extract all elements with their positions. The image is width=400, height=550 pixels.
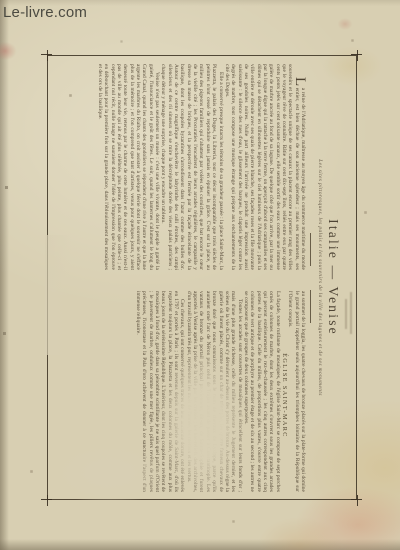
scan-specks xyxy=(0,0,1,1)
right-column-paragraph-1: La façade, toute rutilante de mosaïques,… xyxy=(243,291,281,492)
left-text-column: La reine de l'Adriatique, maîtresse au m… xyxy=(58,64,306,270)
corner-tick xyxy=(351,54,362,55)
corner-tick xyxy=(41,499,52,500)
corner-tick xyxy=(357,50,358,61)
corner-tick xyxy=(357,495,358,506)
corner-tick xyxy=(351,499,362,500)
handwritten-annotation xyxy=(341,292,353,338)
title-ornament-rules xyxy=(311,55,312,500)
right-column-paragraph-2: Toutes les arcades sont couvertes de mos… xyxy=(185,291,242,492)
right-text-column: au sommet de la loggia, les quatre cheva… xyxy=(58,291,306,492)
corner-tick xyxy=(47,50,48,61)
page-title: Italie — Venise xyxy=(325,55,341,500)
watermark-text: Le-livre.com xyxy=(3,4,87,21)
right-column-intro-paragraph: au sommet de la loggia, les quatre cheva… xyxy=(287,291,306,492)
scanned-book-page: Le-livre.com Italie — Venise Les sites p… xyxy=(0,0,400,550)
right-column-paragraph-3: Ces chevaux, qui ont conservé quelques t… xyxy=(135,291,186,492)
left-column-paragraph-3: Venise n'est pas seulement un musée : c'… xyxy=(97,64,160,270)
left-column-paragraph-2: Elle a conservé presque intacts les témo… xyxy=(160,64,223,270)
corner-tick xyxy=(41,54,52,55)
rotated-page: Italie — Venise Les sites pittoresques, … xyxy=(47,55,357,500)
dropcap-letter: L xyxy=(294,77,306,88)
page-subtitle: Les sites pittoresques, les palais et le… xyxy=(317,55,323,500)
left-column-paragraph-1: La reine de l'Adriatique, maîtresse au m… xyxy=(224,64,306,270)
corner-tick xyxy=(47,495,48,506)
